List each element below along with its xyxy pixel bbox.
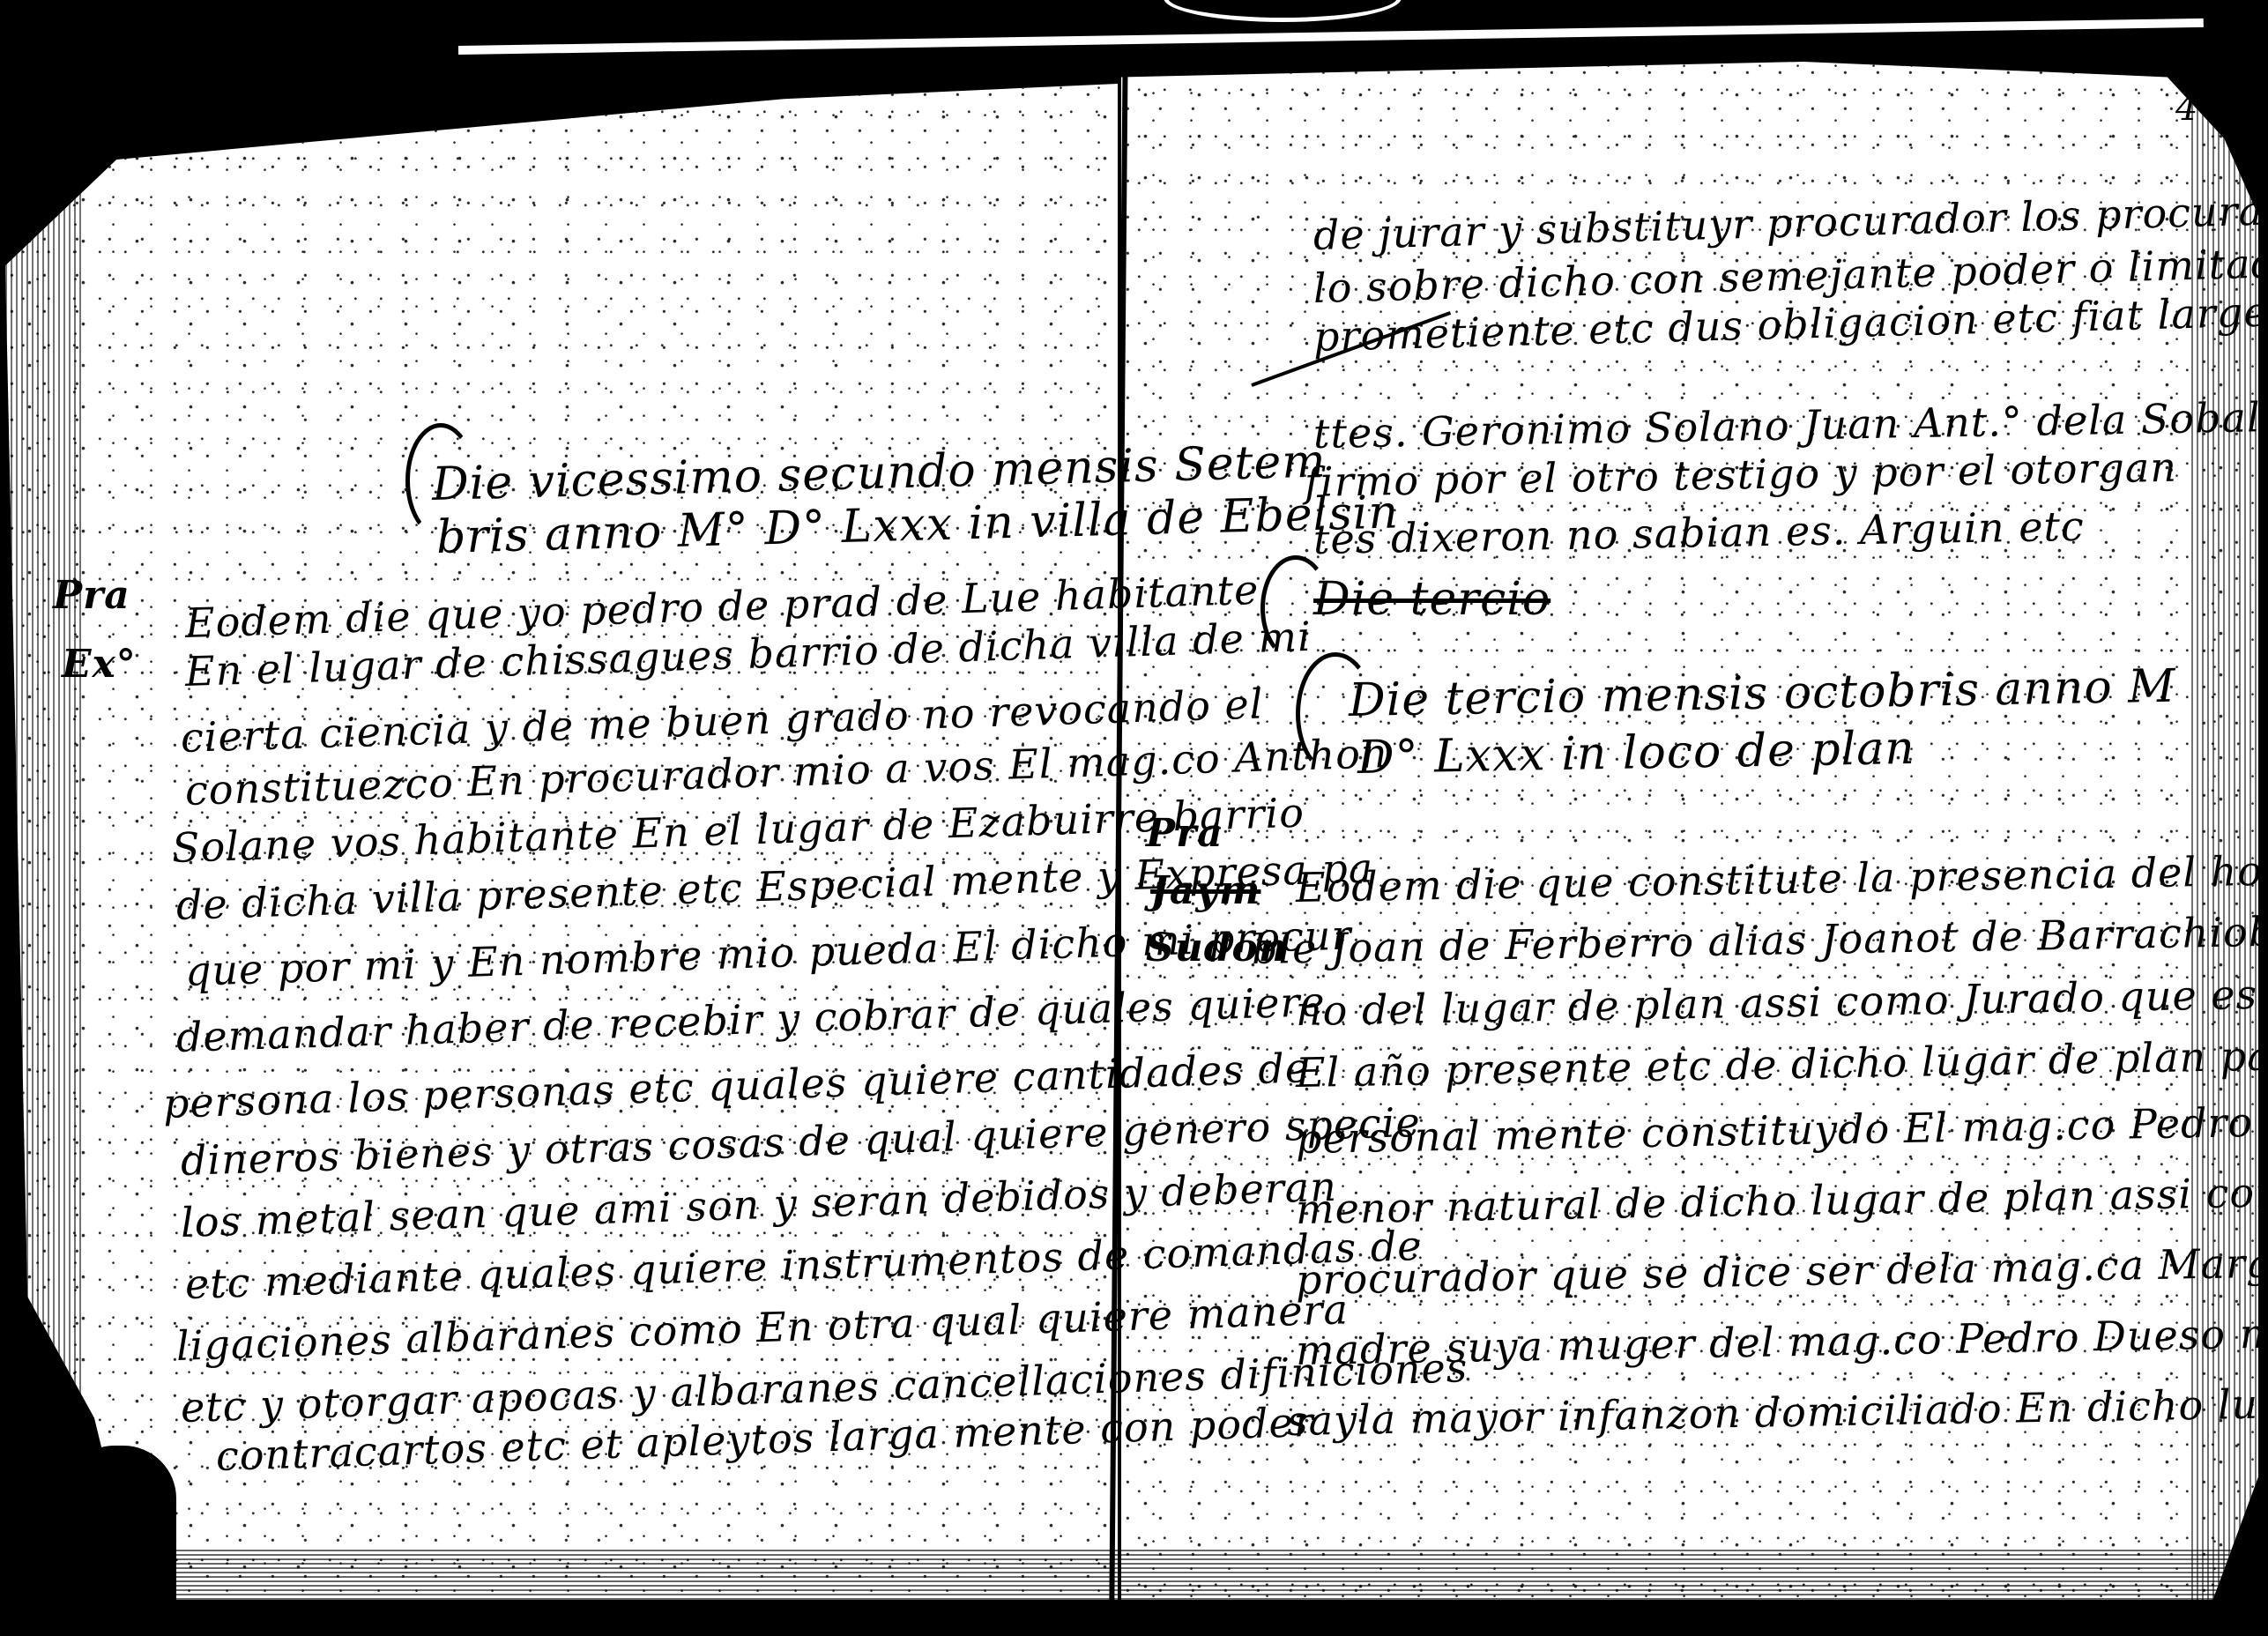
right-heading-line-2: D° Lxxx in loco de plan [1357,722,1915,785]
folio-number: 4 [2175,88,2198,129]
right-margin-note-1: Pra [1146,811,1223,856]
manuscript-spread: 4 Die vicessimo secundo mensis Setem bri… [0,0,2268,1636]
left-margin-note-1: Pra [53,573,130,618]
left-margin-note-2: Ex° [62,642,137,687]
thumb-shadow [62,1446,176,1636]
page-edge-shadow [5,84,85,1600]
right-margin-note-2: Jaym [1150,868,1260,913]
struck-heading: Die tercio [1313,573,1550,626]
page-edge-shadow [1121,1547,2258,1600]
